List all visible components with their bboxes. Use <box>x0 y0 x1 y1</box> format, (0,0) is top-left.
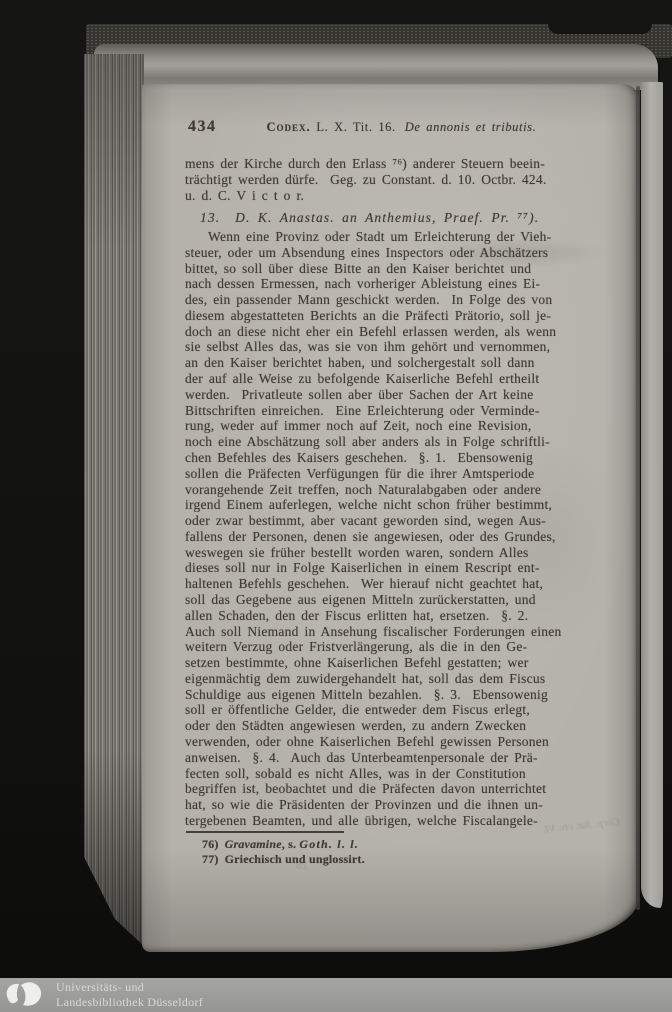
library-name-line2: Landesbibliothek Düsseldorf <box>56 995 203 1011</box>
book-right-page-curl <box>641 82 663 908</box>
footnote-77-text: Griechisch und unglossirt. <box>225 852 365 866</box>
footnote-76-mid: , s. <box>282 837 300 851</box>
running-title-ref: L. X. Tit. 16. <box>316 120 395 134</box>
footnotes: 76)Gravamine, s. Goth. l. l. 77)Griechis… <box>202 837 365 867</box>
footnote-76: 76)Gravamine, s. Goth. l. l. <box>202 837 365 852</box>
running-title-codex: Codex. <box>267 120 311 134</box>
footnote-76-cite: Goth. l. l. <box>299 837 359 851</box>
paragraph-continuation: mens der Kirche durch den Erlass ⁷⁶) and… <box>185 156 547 205</box>
library-banner: Universitäts- und Landesbibliothek Düsse… <box>0 978 672 1012</box>
book-cover-corner <box>548 2 652 34</box>
scan-viewport: Corp. Jur. civ. VI. 28 434 Codex. L. X. … <box>0 0 672 1012</box>
running-title-latin: De annonis et tributis. <box>405 120 537 134</box>
footnote-separator <box>186 831 344 833</box>
library-name-line1: Universitäts- und <box>56 980 203 996</box>
library-name: Universitäts- und Landesbibliothek Düsse… <box>56 980 203 1011</box>
page-number: 434 <box>188 118 217 136</box>
paragraph-body: Wenn eine Provinz oder Stadt um Erleicht… <box>185 229 561 829</box>
footnote-77: 77)Griechisch und unglossirt. <box>202 852 365 867</box>
section-heading: 13. D. K. Anastas. an Anthemius, Praef. … <box>200 210 539 226</box>
running-title: Codex. L. X. Tit. 16.De annonis et tribu… <box>267 120 537 135</box>
footnote-76-term: Gravamine <box>225 837 282 851</box>
running-head: 434 Codex. L. X. Tit. 16.De annonis et t… <box>188 118 628 136</box>
page-right-crease <box>636 86 640 910</box>
page-bottom-shadow <box>0 952 672 978</box>
book-left-page-stack <box>84 54 144 946</box>
footnote-77-label: 77) <box>202 852 219 866</box>
ulb-duesseldorf-logo-icon <box>2 979 50 1011</box>
footnote-76-label: 76) <box>202 837 219 851</box>
